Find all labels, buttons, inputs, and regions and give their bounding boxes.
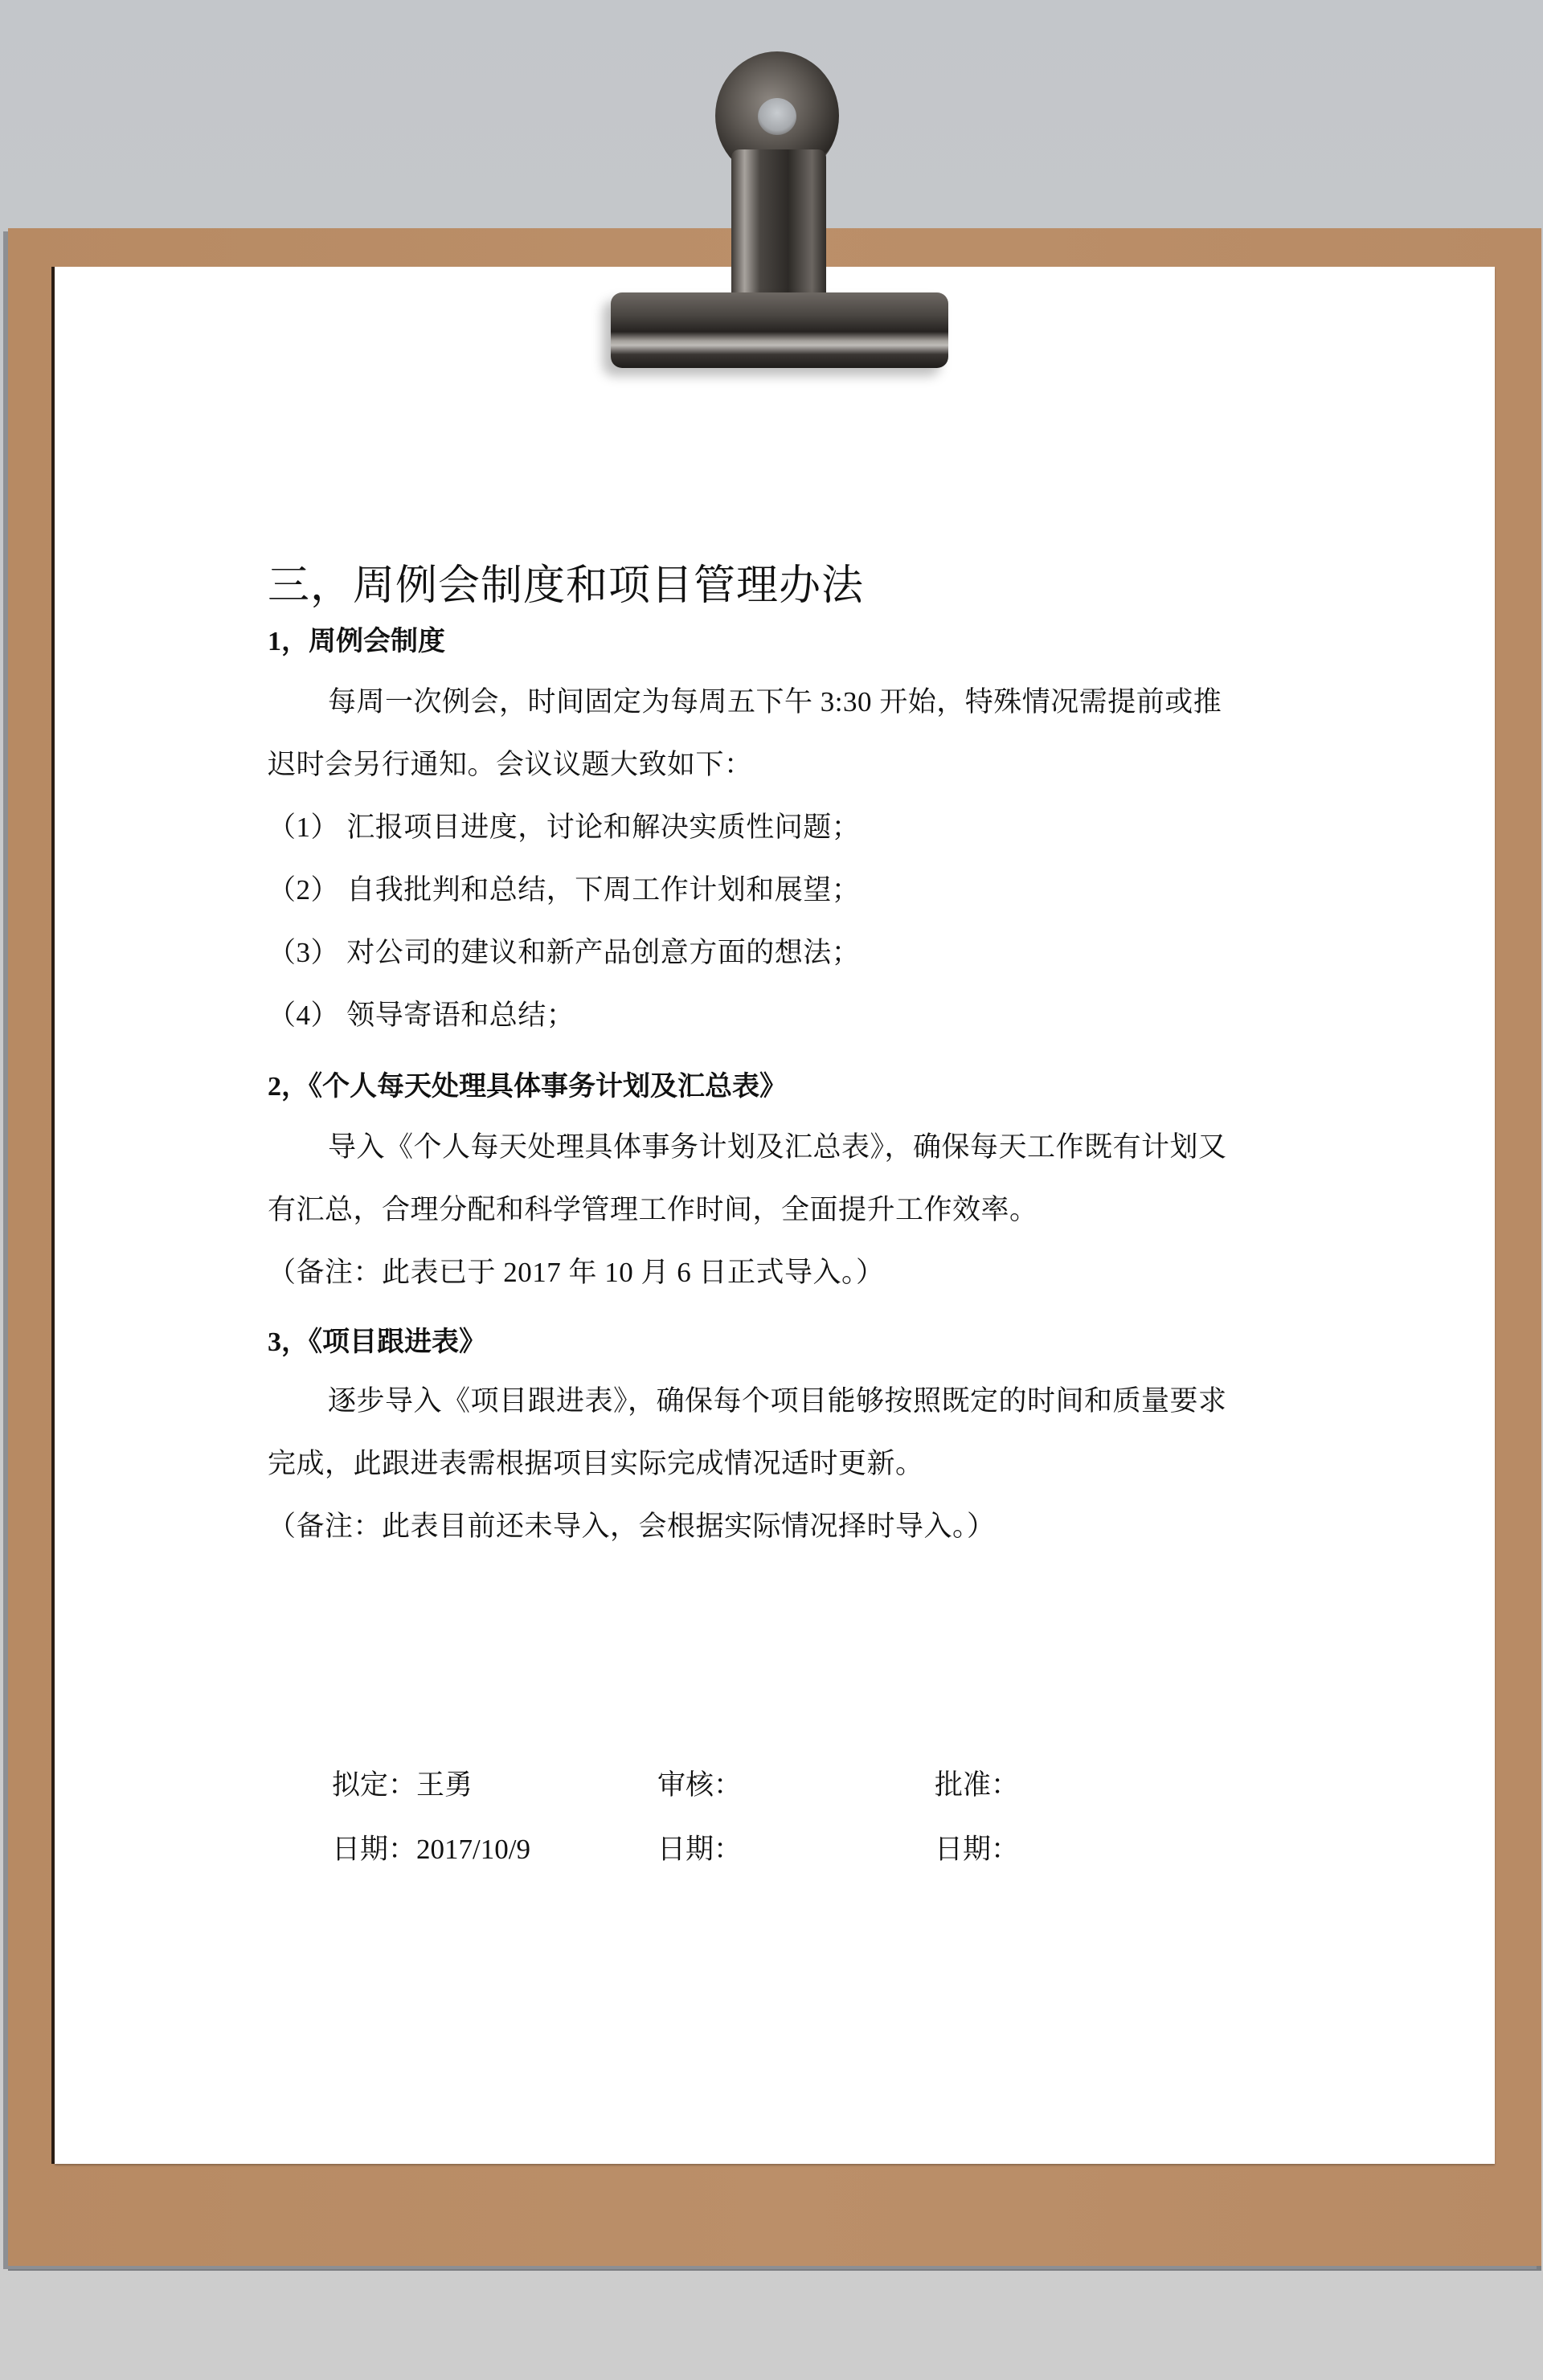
- list-item: （4） 领导寄语和总结；: [268, 993, 575, 1033]
- drafted-by: 拟定：王勇: [332, 1763, 473, 1803]
- section-heading-weekly-meeting: 1，周例会制度: [268, 619, 445, 658]
- section-note: （备注：此表已于 2017 年 10 月 6 日正式导入。）: [268, 1250, 885, 1290]
- list-item: （3） 对公司的建议和新产品创意方面的想法；: [268, 930, 860, 971]
- reviewed-date: 日期：: [657, 1827, 742, 1867]
- section-paragraph-line: 有汇总，合理分配和科学管理工作时间，全面提升工作效率。: [268, 1188, 1038, 1228]
- section-heading-daily-plan-table: 2，《个人每天处理具体事务计划及汇总表》: [268, 1064, 787, 1103]
- section-paragraph-line: 完成，此跟进表需根据项目实际完成情况适时更新。: [268, 1441, 924, 1482]
- section-paragraph-line: 迟时会另行通知。会议议题大致如下：: [268, 742, 753, 783]
- section-paragraph-line: 每周一次例会，时间固定为每周五下午 3:30 开始，特殊情况需提前或推: [328, 680, 1222, 720]
- document-title: 三，周例会制度和项目管理办法: [268, 551, 864, 611]
- binder-clip-icon: [611, 51, 948, 352]
- approved-date: 日期：: [935, 1827, 1019, 1867]
- section-heading-project-tracking: 3，《项目跟进表》: [268, 1319, 486, 1359]
- reviewed-by: 审核：: [657, 1763, 742, 1803]
- list-item: （1） 汇报项目进度，讨论和解决实质性问题；: [268, 805, 860, 845]
- clip-ring-hole: [758, 98, 796, 135]
- clip-jaw: [611, 292, 948, 368]
- clip-neck: [731, 149, 826, 306]
- approved-by: 批准：: [935, 1763, 1019, 1803]
- section-paragraph-line: 逐步导入《项目跟进表》，确保每个项目能够按照既定的时间和质量要求: [328, 1379, 1227, 1419]
- list-item: （2） 自我批判和总结，下周工作计划和展望；: [268, 868, 860, 908]
- section-paragraph-line: 导入《个人每天处理具体事务计划及汇总表》，确保每天工作既有计划又: [328, 1125, 1227, 1165]
- section-note: （备注：此表目前还未导入，会根据实际情况择时导入。）: [268, 1504, 996, 1544]
- drafted-date: 日期：2017/10/9: [332, 1827, 530, 1867]
